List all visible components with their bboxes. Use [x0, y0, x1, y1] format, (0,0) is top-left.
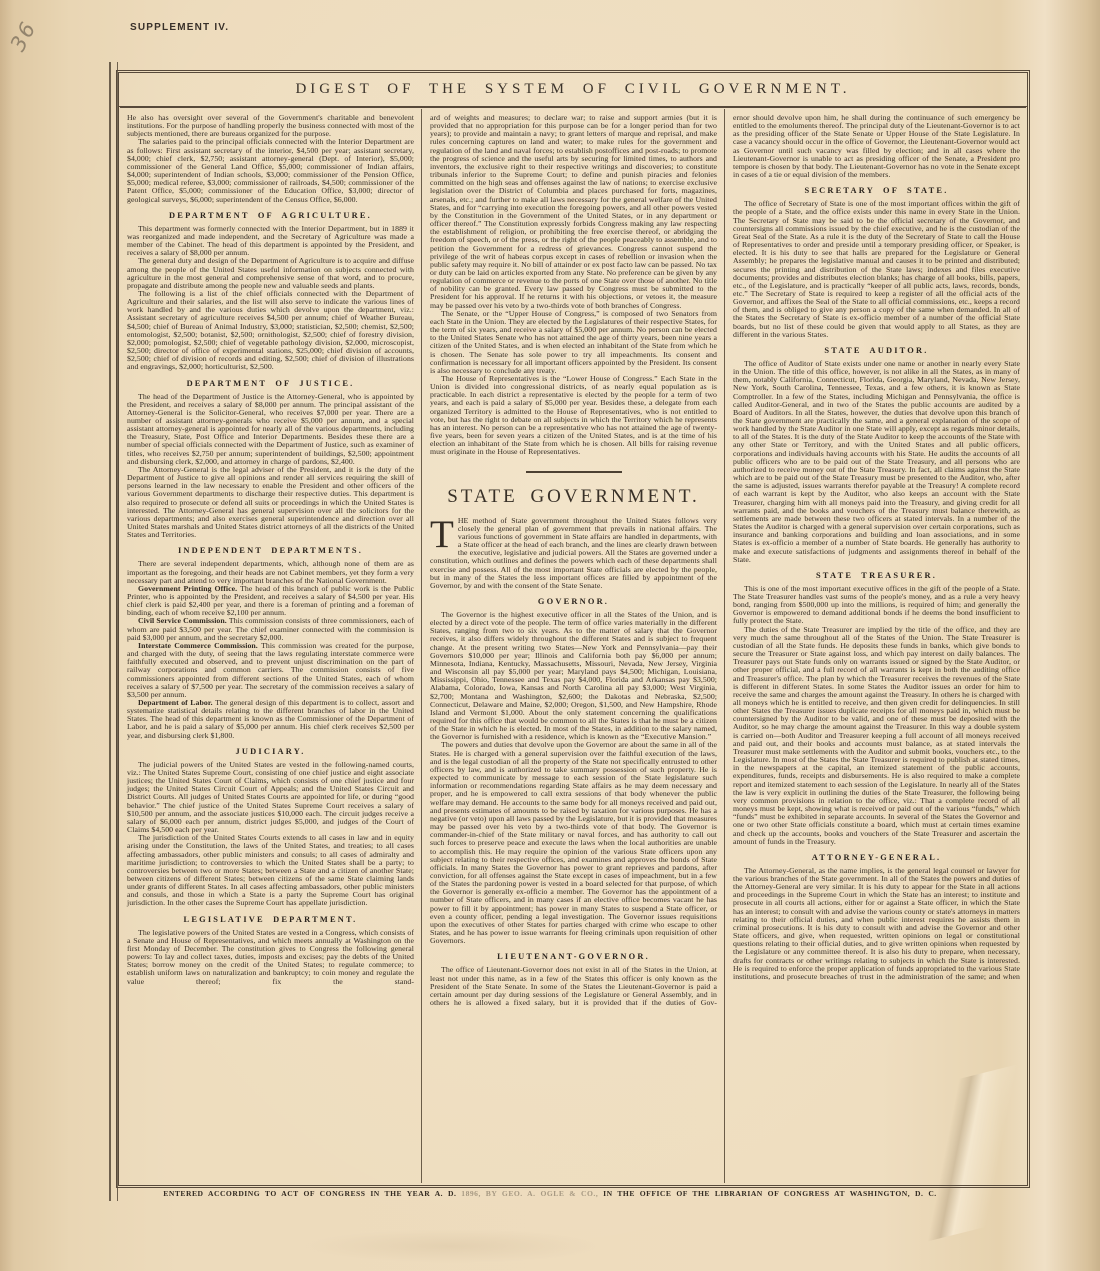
article-title-block: STATE GOVERNMENT.	[430, 471, 717, 508]
section-divider-rule	[526, 471, 622, 473]
handwritten-page-number: 36	[6, 17, 42, 55]
copyright-faded-year: 1896, BY GEO. A. OGLE & CO.,	[461, 1189, 598, 1198]
section-heading: INDEPENDENT DEPARTMENTS.	[127, 546, 414, 555]
paragraph: There are several independent department…	[127, 560, 414, 584]
section-heading: SECRETARY OF STATE.	[733, 186, 1020, 195]
section-heading: LIEUTENANT-GOVERNOR.	[430, 952, 717, 961]
section-heading: STATE AUDITOR.	[733, 346, 1020, 355]
paragraph: This department was formerly connected w…	[127, 225, 414, 258]
paragraph: Government Printing Office. The head of …	[127, 585, 414, 618]
paragraph: Department of Labor. The general design …	[127, 699, 414, 740]
paragraph: He also has oversight over several of th…	[127, 114, 414, 138]
paragraph: This is one of the most important execut…	[733, 585, 1020, 626]
paragraph: The following is a list of the chief off…	[127, 290, 414, 372]
paragraph: The House of Representatives is the “Low…	[430, 375, 717, 457]
copyright-line: ENTERED ACCORDING TO ACT OF CONGRESS IN …	[0, 1189, 1100, 1198]
supplement-label: SUPPLEMENT IV.	[130, 22, 229, 33]
paragraph: The duties of the State Treasurer are im…	[733, 626, 1020, 846]
column-middle: ard of weights and measures; to declare …	[421, 109, 724, 1183]
drop-cap: T	[430, 517, 458, 550]
copyright-left: ENTERED ACCORDING TO ACT OF CONGRESS IN …	[163, 1189, 456, 1198]
paragraph: The Attorney-General, as the name implie…	[733, 867, 1020, 981]
paragraph: The jurisdiction of the United States Co…	[127, 834, 414, 907]
paragraph: The office of Lieutenant-Governor does n…	[430, 966, 717, 1007]
page-title: DIGEST OF THE SYSTEM OF CIVIL GOVERNMENT…	[295, 81, 850, 98]
article-title: STATE GOVERNMENT.	[430, 486, 717, 508]
section-heading: STATE TREASURER.	[733, 571, 1020, 580]
section-heading: DEPARTMENT OF JUSTICE.	[127, 379, 414, 388]
paragraph: The general duty and design of the Depar…	[127, 257, 414, 290]
paragraph: The judicial powers of the United States…	[127, 761, 414, 834]
paragraph: ernor should devolve upon him, he shall …	[733, 114, 1020, 179]
paragraph: The head of the Department of Justice is…	[127, 393, 414, 466]
paragraph: The legislative powers of the United Sta…	[127, 929, 414, 986]
section-heading: ATTORNEY-GENERAL.	[733, 853, 1020, 862]
scanned-atlas-page: { "page": { "handwritten_number": "36", …	[0, 0, 1100, 1271]
section-heading: LEGISLATIVE DEPARTMENT.	[127, 915, 414, 924]
column-right: ernor should devolve upon him, he shall …	[724, 109, 1027, 1183]
paragraph: The office of Auditor of State exists un…	[733, 360, 1020, 564]
paragraph-lead: Government Printing Office.	[138, 584, 240, 593]
page-frame: DIGEST OF THE SYSTEM OF CIVIL GOVERNMENT…	[116, 70, 1030, 1188]
section-heading: JUDICIARY.	[127, 747, 414, 756]
paragraph-lead: Department of Labor.	[138, 698, 215, 707]
paragraph: The salaries paid to the principal offic…	[127, 138, 414, 203]
paragraph: ard of weights and measures; to declare …	[430, 114, 717, 310]
section-heading: DEPARTMENT OF AGRICULTURE.	[127, 211, 414, 220]
paragraph: The powers and duties that devolve upon …	[430, 741, 717, 945]
columns-container: He also has oversight over several of th…	[119, 109, 1027, 1183]
paragraph: THE method of State government throughou…	[430, 517, 717, 590]
paragraph: Civil Service Commission. This commissio…	[127, 617, 414, 641]
column-left: He also has oversight over several of th…	[119, 109, 421, 1183]
paragraph: The Senate, or the “Upper House of Congr…	[430, 310, 717, 375]
paper-stain	[300, 1229, 600, 1263]
paragraph: The Attorney-General is the legal advise…	[127, 466, 414, 539]
section-heading: GOVERNOR.	[430, 597, 717, 606]
paragraph: The Governor is the highest executive of…	[430, 611, 717, 742]
paragraph-lead: Civil Service Commission.	[138, 616, 229, 625]
paragraph-lead: Interstate Commerce Commission.	[138, 641, 261, 650]
paragraph: Interstate Commerce Commission. This com…	[127, 642, 414, 699]
title-bar: DIGEST OF THE SYSTEM OF CIVIL GOVERNMENT…	[119, 73, 1027, 107]
copyright-right: IN THE OFFICE OF THE LIBRARIAN OF CONGRE…	[603, 1189, 937, 1198]
paragraph: The office of Secretary of State is one …	[733, 200, 1020, 339]
